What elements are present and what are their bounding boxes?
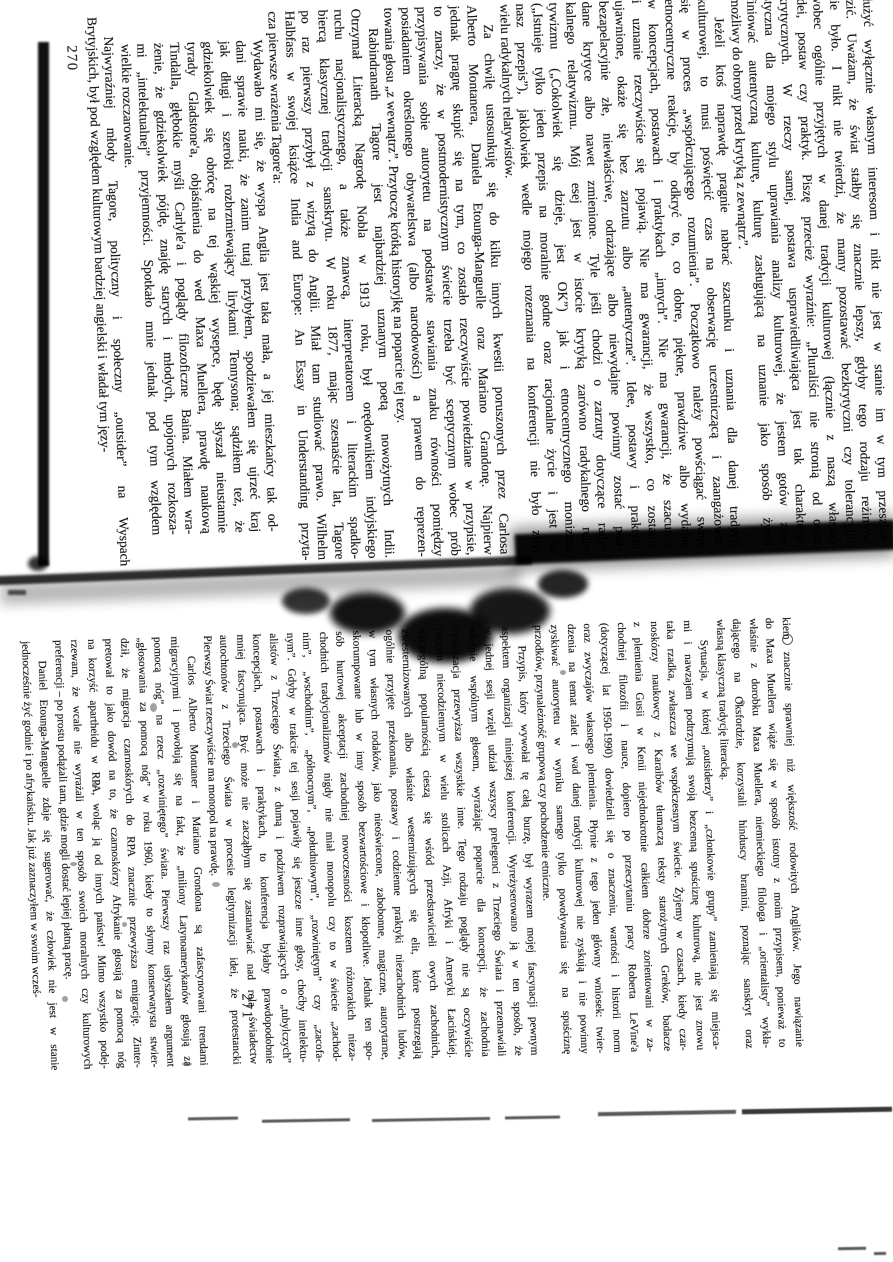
- paragraph: Rabindranath Tagore jest najbardziej uzn…: [264, 8, 397, 561]
- paragraph: służyć wyłącznie własnym interesom i nik…: [726, 0, 892, 547]
- scan-dash: [874, 1252, 886, 1255]
- page-271-number: 271: [237, 993, 254, 1020]
- paragraph: Carlos Alberto Montaner i Mariano Grondo…: [50, 636, 212, 1070]
- scan-dash: [838, 1247, 866, 1250]
- paragraph: Jeżeli ktoś naprawdę pragnie nabrać szac…: [495, 0, 743, 554]
- paragraph: Sytuacja, w której „outsiderzy” i „człon…: [529, 620, 724, 1056]
- page-270-text-block: służyć wyłącznie własnym interesom i nik…: [83, 0, 893, 567]
- paragraph: kiem znacznie sprawniej niż większość ro…: [711, 617, 807, 1049]
- page-271-text-block: kiem znacznie sprawniej niż większość ro…: [16, 617, 807, 1071]
- page-271: kiem znacznie sprawniej niż większość ro…: [0, 586, 893, 1245]
- page-270-number: 270: [62, 45, 79, 72]
- block-quote: Wydawało mi się, że wyspa Anglia jest ta…: [116, 12, 282, 566]
- paragraph: Za chwilę ustosunkuję się do kilku innyc…: [380, 4, 513, 557]
- page-270: służyć wyłącznie własnym interesom i nik…: [0, 0, 893, 645]
- scanned-document-canvas: służyć wyłącznie własnym interesom i nik…: [0, 0, 893, 1262]
